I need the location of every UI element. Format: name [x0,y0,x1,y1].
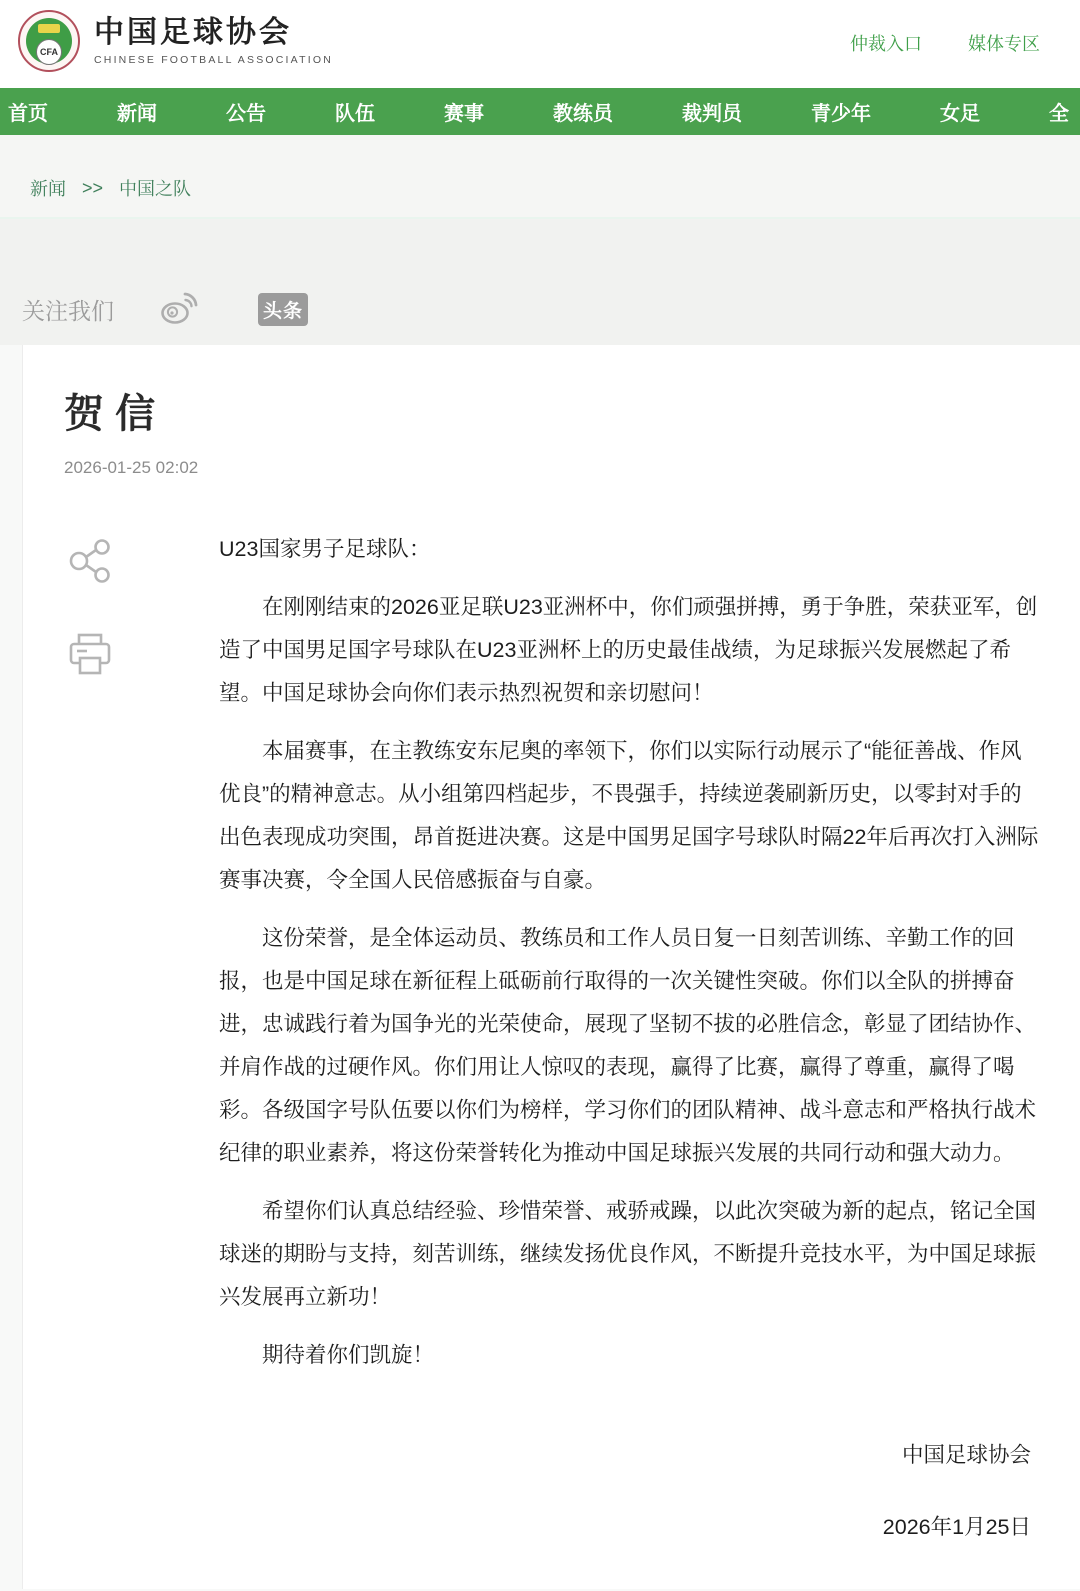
breadcrumb: 新闻 >> 中国之队 [30,175,191,201]
breadcrumb-news[interactable]: 新闻 [30,175,66,201]
arbitration-entry-link[interactable]: 仲裁入口 [850,30,922,56]
nav-item-news[interactable]: 新闻 [117,97,157,126]
article-card: 贺 信 2026-01-25 02:02 [22,345,1080,1589]
nav-item-womens-football[interactable]: 女足 [940,97,980,126]
toutiao-icon[interactable]: 头条 [258,293,308,326]
logo-title: 中国足球协会 [94,16,333,50]
signature-date: 2026年1月25日 [219,1506,1043,1549]
letter-body: U23国家男子足球队： 在刚刚结束的2026亚足联U23亚洲杯中，你们顽强拼搏，… [219,528,1043,1549]
nav-list: 首页 新闻 公告 队伍 赛事 教练员 裁判员 青少年 女足 全 [0,88,1080,135]
nav-item-more[interactable]: 全 [1049,97,1069,126]
printer-icon [66,630,114,678]
print-button[interactable] [66,630,114,678]
letter-paragraph: 希望你们认真总结经验、珍惜荣誉、戒骄戒躁，以此次突破为新的起点，铭记全国球迷的期… [219,1190,1043,1319]
nav-item-youth[interactable]: 青少年 [811,97,871,126]
weibo-icon[interactable] [158,287,200,332]
nav-item-announcements[interactable]: 公告 [226,97,266,126]
letter-paragraph: 在刚刚结束的2026亚足联U23亚洲杯中，你们顽强拼搏，勇于争胜，荣获亚军，创造… [219,586,1043,715]
article-datetime: 2026-01-25 02:02 [64,458,1043,478]
nav-item-home[interactable]: 首页 [8,97,48,126]
football-icon: CFA [36,39,62,65]
main-nav: 首页 新闻 公告 队伍 赛事 教练员 裁判员 青少年 女足 全 [0,88,1080,135]
share-icon [66,536,114,584]
follow-us-label: 关注我们 [22,293,114,326]
breadcrumb-separator: >> [82,178,103,199]
article-tools [64,528,219,1549]
logo-subtitle: CHINESE FOOTBALL ASSOCIATION [94,54,333,66]
site-header: CFA 中国足球协会 CHINESE FOOTBALL ASSOCIATION … [0,0,1080,88]
letter-paragraph: 本届赛事，在主教练安东尼奥的率领下，你们以实际行动展示了“能征善战、作风优良”的… [219,730,1043,902]
follow-band: 关注我们 头条 [0,219,1080,345]
breadcrumb-china-team[interactable]: 中国之队 [119,175,191,201]
header-links: 仲裁入口 媒体专区 [850,30,1040,56]
nav-item-teams[interactable]: 队伍 [335,97,375,126]
breadcrumb-band: 新闻 >> 中国之队 [0,135,1080,217]
nav-item-competitions[interactable]: 赛事 [444,97,484,126]
signature-name: 中国足球协会 [219,1434,1043,1477]
nav-item-coaches[interactable]: 教练员 [553,97,613,126]
cfa-badge-icon: CFA [18,10,80,72]
letter-paragraph: 这份荣誉，是全体运动员、教练员和工作人员日复一日刻苦训练、辛勤工作的回报，也是中… [219,917,1043,1175]
letter-paragraph: 期待着你们凯旋！ [219,1334,1043,1377]
nav-item-referees[interactable]: 裁判员 [682,97,742,126]
cfa-badge-stripe [38,24,60,33]
page-title: 贺 信 [64,392,1043,436]
logo-text: 中国足球协会 CHINESE FOOTBALL ASSOCIATION [94,16,333,66]
media-zone-link[interactable]: 媒体专区 [968,30,1040,56]
letter-salutation: U23国家男子足球队： [219,528,1043,571]
follow-row: 关注我们 头条 [22,287,308,332]
share-button[interactable] [66,536,114,584]
cfa-logo[interactable]: CFA 中国足球协会 CHINESE FOOTBALL ASSOCIATION [18,10,333,72]
